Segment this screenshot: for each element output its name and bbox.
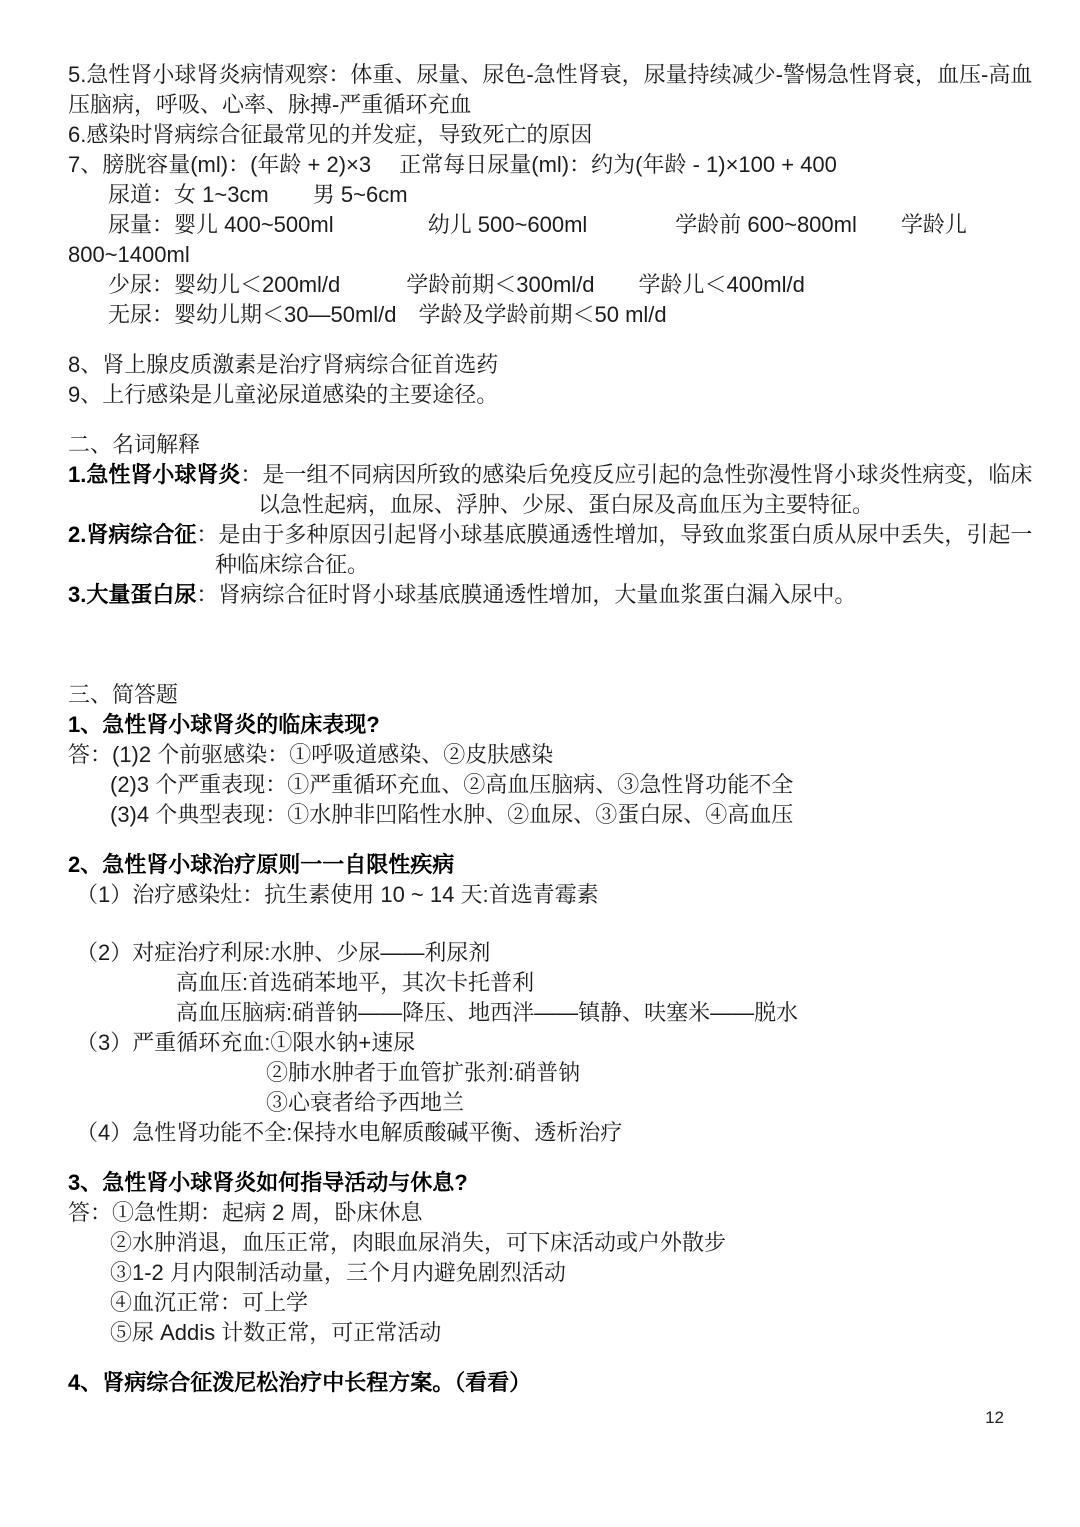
text-line: ②水肿消退，血压正常，肉眼血尿消失，可下床活动或户外散步 [68, 1228, 1028, 1258]
text-segment: 答：(1)2 个前驱感染：①呼吸道感染、②皮肤感染 [68, 742, 553, 767]
text-segment: 三、简答题 [68, 682, 178, 707]
text-segment: 二、名词解释 [68, 432, 200, 457]
text-line: (2)3 个严重表现：①严重循环充血、②高血压脑病、③急性肾功能不全 [68, 770, 1028, 800]
text-line: 种临床综合征。 [68, 550, 1028, 580]
text-segment: 7、膀胱容量(ml)：(年龄 + 2)×3 正常每日尿量(ml)：约为(年龄 -… [68, 152, 837, 177]
text-line: 3、急性肾小球肾炎如何指导活动与休息? [68, 1168, 1028, 1198]
text-line: 4、肾病综合征泼尼松治疗中长程方案。（看看） [68, 1368, 1028, 1398]
page-number: 12 [985, 1406, 1004, 1430]
text-segment: 尿量：婴儿 400~500ml 幼儿 500~600ml 学龄前 600~800… [108, 212, 967, 237]
text-line: （3）严重循环充血:①限水钠+速尿 [68, 1028, 1028, 1058]
text-line: 高血压:首选硝苯地平，其次卡托普利 [68, 968, 1028, 998]
text-segment: 5.急性肾小球肾炎病情观察：体重、尿量、尿色-急性肾衰，尿量持续减少-警惕急性肾… [68, 62, 1032, 87]
text-segment: 800~1400ml [68, 242, 190, 267]
text-line: 高血压脑病:硝普钠——降压、地西泮——镇静、呋塞米——脱水 [68, 998, 1028, 1028]
text-line: 答：①急性期：起病 2 周，卧床休息 [68, 1198, 1028, 1228]
text-segment: ：是由于多种原因引起肾小球基底膜通透性增加，导致血浆蛋白质从尿中丢失，引起一 [196, 522, 1032, 547]
bold-term: 1、急性肾小球肾炎的临床表现? [68, 712, 380, 737]
text-line: 少尿：婴幼儿＜200ml/d 学龄前期＜300ml/d 学龄儿＜400ml/d [68, 270, 1028, 300]
text-segment: （1）治疗感染灶：抗生素使用 10 ~ 14 天:首选青霉素 [76, 882, 599, 907]
text-segment: (3)4 个典型表现：①水肿非凹陷性水肿、②血尿、③蛋白尿、④高血压 [110, 802, 793, 827]
text-line: 答：(1)2 个前驱感染：①呼吸道感染、②皮肤感染 [68, 740, 1028, 770]
text-segment: (2)3 个严重表现：①严重循环充血、②高血压脑病、③急性肾功能不全 [110, 772, 793, 797]
text-line: 2、急性肾小球治疗原则一一自限性疾病 [68, 850, 1028, 880]
text-line: 以急性起病，血尿、浮肿、少尿、蛋白尿及高血压为主要特征。 [68, 490, 1028, 520]
text-segment: 压脑病，呼吸、心率、脉搏-严重循环充血 [68, 92, 471, 117]
text-segment: （3）严重循环充血:①限水钠+速尿 [76, 1030, 415, 1055]
text-line: 尿量：婴儿 400~500ml 幼儿 500~600ml 学龄前 600~800… [68, 210, 1028, 240]
text-segment: 8、肾上腺皮质激素是治疗肾病综合征首选药 [68, 352, 498, 377]
text-line: ②肺水肿者于血管扩张剂:硝普钠 [68, 1058, 1028, 1088]
text-segment: （2）对症治疗利尿:水肿、少尿——利尿剂 [76, 940, 490, 965]
text-segment: ③心衰者给予西地兰 [266, 1090, 464, 1115]
bold-term: 2、急性肾小球治疗原则一一自限性疾病 [68, 852, 454, 877]
text-line: 二、名词解释 [68, 430, 1028, 460]
document-page: 5.急性肾小球肾炎病情观察：体重、尿量、尿色-急性肾衰，尿量持续减少-警惕急性肾… [0, 0, 1080, 1527]
text-line: 9、上行感染是儿童泌尿道感染的主要途径。 [68, 380, 1028, 410]
text-segment: 少尿：婴幼儿＜200ml/d 学龄前期＜300ml/d 学龄儿＜400ml/d [108, 272, 805, 297]
text-line: ⑤尿 Addis 计数正常，可正常活动 [68, 1318, 1028, 1348]
text-segment: 答：①急性期：起病 2 周，卧床休息 [68, 1200, 422, 1225]
text-line: （1）治疗感染灶：抗生素使用 10 ~ 14 天:首选青霉素 [68, 880, 1028, 910]
text-segment: 高血压脑病:硝普钠——降压、地西泮——镇静、呋塞米——脱水 [176, 1000, 798, 1025]
text-line: 3.大量蛋白尿：肾病综合征时肾小球基底膜通透性增加，大量血浆蛋白漏入尿中。 [68, 580, 1028, 610]
text-line: 5.急性肾小球肾炎病情观察：体重、尿量、尿色-急性肾衰，尿量持续减少-警惕急性肾… [68, 60, 1028, 90]
text-line: ③心衰者给予西地兰 [68, 1088, 1028, 1118]
text-line: (3)4 个典型表现：①水肿非凹陷性水肿、②血尿、③蛋白尿、④高血压 [68, 800, 1028, 830]
text-line: （2）对症治疗利尿:水肿、少尿——利尿剂 [68, 938, 1028, 968]
bold-term: 2.肾病综合征 [68, 522, 196, 547]
text-line: （4）急性肾功能不全:保持水电解质酸碱平衡、透析治疗 [68, 1118, 1028, 1148]
text-segment: 9、上行感染是儿童泌尿道感染的主要途径。 [68, 382, 498, 407]
text-line: ④血沉正常：可上学 [68, 1288, 1028, 1318]
text-segment: 6.感染时肾病综合征最常见的并发症，导致死亡的原因 [68, 122, 592, 147]
text-segment: ②肺水肿者于血管扩张剂:硝普钠 [266, 1060, 580, 1085]
text-segment: ：是一组不同病因所致的感染后免疫反应引起的急性弥漫性肾小球炎性病变，临床 [240, 462, 1032, 487]
text-segment: ②水肿消退，血压正常，肉眼血尿消失，可下床活动或户外散步 [110, 1230, 726, 1255]
text-line: 2.肾病综合征：是由于多种原因引起肾小球基底膜通透性增加，导致血浆蛋白质从尿中丢… [68, 520, 1028, 550]
text-segment: 尿道：女 1~3cm 男 5~6cm [108, 182, 408, 207]
text-line: 无尿：婴幼儿期＜30—50ml/d 学龄及学龄前期＜50 ml/d [68, 300, 1028, 330]
text-line: 800~1400ml [68, 240, 1028, 270]
bold-term: 1.急性肾小球肾炎 [68, 462, 240, 487]
text-line: 尿道：女 1~3cm 男 5~6cm [68, 180, 1028, 210]
text-line: 6.感染时肾病综合征最常见的并发症，导致死亡的原因 [68, 120, 1028, 150]
text-segment: 高血压:首选硝苯地平，其次卡托普利 [176, 970, 534, 995]
bold-term: 3.大量蛋白尿 [68, 582, 196, 607]
text-segment: 以急性起病，血尿、浮肿、少尿、蛋白尿及高血压为主要特征。 [258, 492, 874, 517]
bold-term: 4、肾病综合征泼尼松治疗中长程方案。（看看） [68, 1370, 531, 1395]
text-line: 1.急性肾小球肾炎：是一组不同病因所致的感染后免疫反应引起的急性弥漫性肾小球炎性… [68, 460, 1028, 490]
text-segment: 种临床综合征。 [215, 552, 369, 577]
text-segment: ③1-2 月内限制活动量，三个月内避免剧烈活动 [110, 1260, 566, 1285]
text-segment: 无尿：婴幼儿期＜30—50ml/d 学龄及学龄前期＜50 ml/d [108, 302, 667, 327]
text-line: 7、膀胱容量(ml)：(年龄 + 2)×3 正常每日尿量(ml)：约为(年龄 -… [68, 150, 1028, 180]
text-line: 1、急性肾小球肾炎的临床表现? [68, 710, 1028, 740]
bold-term: 3、急性肾小球肾炎如何指导活动与休息? [68, 1170, 468, 1195]
text-segment: ：肾病综合征时肾小球基底膜通透性增加，大量血浆蛋白漏入尿中。 [196, 582, 856, 607]
document-lines: 5.急性肾小球肾炎病情观察：体重、尿量、尿色-急性肾衰，尿量持续减少-警惕急性肾… [68, 60, 1028, 1398]
text-line: 8、肾上腺皮质激素是治疗肾病综合征首选药 [68, 350, 1028, 380]
text-line: 三、简答题 [68, 680, 1028, 710]
text-segment: ④血沉正常：可上学 [110, 1290, 308, 1315]
text-segment: ⑤尿 Addis 计数正常，可正常活动 [110, 1320, 441, 1345]
text-segment: （4）急性肾功能不全:保持水电解质酸碱平衡、透析治疗 [76, 1120, 622, 1145]
text-line: 压脑病，呼吸、心率、脉搏-严重循环充血 [68, 90, 1028, 120]
text-line: ③1-2 月内限制活动量，三个月内避免剧烈活动 [68, 1258, 1028, 1288]
